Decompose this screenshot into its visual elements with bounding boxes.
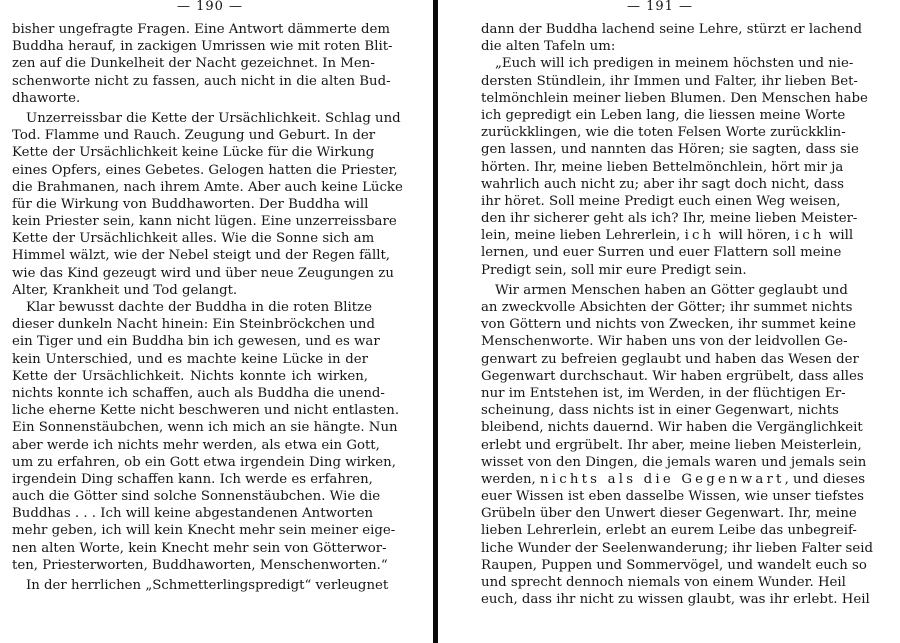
text-line: scheinung, dass nichts ist in einer Gege… <box>481 402 838 419</box>
text-line: an zweckvolle Absichten der Götter; ihr … <box>481 299 838 316</box>
text-line: aber werde ich nichts mehr werden, als e… <box>12 437 368 454</box>
text-line: zurückklingen, wie die toten Felsen Wort… <box>481 124 838 141</box>
text-line: für die Wirkung von Buddhaworten. Der Bu… <box>12 196 368 213</box>
text-line: werden, nichts als die Gegenwart, und di… <box>481 471 838 488</box>
emphasis-spaced: nichts als die Gegenwart <box>540 472 785 487</box>
text-line: euch, dass ihr nicht zu wissen glaubt, w… <box>481 591 838 608</box>
text-line: dieser dunkeln Nacht hinein: Ein Steinbr… <box>12 316 368 333</box>
gutter-binding-line <box>433 0 438 643</box>
text-line: Kette der Ursächlichkeit keine Lücke für… <box>12 144 368 161</box>
text-line: von Göttern und nichts von Zwecken, ihr … <box>481 316 838 333</box>
text-line: die Brahmanen, nach ihrem Amte. Aber auc… <box>12 179 368 196</box>
text-line: wie das Kind gezeugt wird und über neue … <box>12 265 368 282</box>
text-line: auch die Götter sind solche Sonnenstäubc… <box>12 488 368 505</box>
text-line: wisset von den Dingen, die jemals waren … <box>481 454 838 471</box>
text-fragment: will hören, <box>714 228 794 243</box>
text-line: Himmel wälzt, wie der Nebel steigt und d… <box>12 247 368 264</box>
text-line: kein Unterschied, und es machte keine Lü… <box>12 351 368 368</box>
text-line: ihr höret. Soll meine Predigt euch einen… <box>481 193 838 210</box>
page-text: bisher ungefragte Fragen. Eine Antwort d… <box>12 21 368 594</box>
text-line: Predigt sein, soll mir eure Predigt sein… <box>481 262 838 279</box>
text-line: Alter, Krankheit und Tod gelangt. <box>12 282 368 299</box>
text-line: dersten Stündlein, ihr Immen und Falter,… <box>481 73 838 90</box>
text-fragment: werden, <box>481 472 540 487</box>
text-line: lieben Lehrerlein, erlebt an eurem Leibe… <box>481 522 838 539</box>
text-line: erlebt und ergrübelt. Ihr aber, meine li… <box>481 437 838 454</box>
text-line: dhaworte. <box>12 90 368 107</box>
text-line: gen lassen, und nannten das Hören; sie s… <box>481 141 838 158</box>
text-fragment: , und dieses <box>785 472 865 487</box>
text-line: Buddhas . . . Ich will keine abgestanden… <box>12 505 368 522</box>
text-fragment: will <box>825 228 853 243</box>
text-line: In der herrlichen „Schmetterlingspredigt… <box>12 577 368 594</box>
text-line: Raupen, Puppen und Sommervögel, und wand… <box>481 557 838 574</box>
text-line: Gegenwart durchschaut. Wir haben ergrübe… <box>481 368 838 385</box>
text-line: schenworte nicht zu fassen, auch nicht i… <box>12 73 368 90</box>
text-line: Tod. Flamme und Rauch. Zeugung und Gebur… <box>12 127 368 144</box>
text-line: und sprecht dennoch niemals von einem Wu… <box>481 574 838 591</box>
text-line: liche Wunder der Seelenwanderung; ihr li… <box>481 540 838 557</box>
text-line: kein Priester sein, kann nicht lügen. Ei… <box>12 213 368 230</box>
text-line: Kette der Ursächlichkeit alles. Wie die … <box>12 230 368 247</box>
text-line: ten, Priesterworten, Buddhaworten, Mensc… <box>12 557 368 574</box>
text-line: lein, meine lieben Lehrerlein, ich will … <box>481 227 838 244</box>
left-page: — 190 — bisher ungefragte Fragen. Eine A… <box>0 0 432 643</box>
text-line: Menschenworte. Wir haben uns von der lei… <box>481 333 838 350</box>
text-line: den ihr sicherer geht als ich? Ihr, mein… <box>481 210 838 227</box>
book-spread: — 190 — bisher ungefragte Fragen. Eine A… <box>0 0 900 643</box>
text-line: bisher ungefragte Fragen. Eine Antwort d… <box>12 21 368 38</box>
text-line: lernen, und euer Surren und euer Flatter… <box>481 244 838 261</box>
text-line: um zu erfahren, ob ein Gott etwa irgende… <box>12 454 368 471</box>
text-line: telmönchlein meiner lieben Blumen. Den M… <box>481 90 838 107</box>
text-line: zen auf die Dunkelheit der Nacht gezeich… <box>12 55 368 72</box>
text-fragment: lein, meine lieben Lehrerlein, <box>481 228 685 243</box>
text-line: irgendein Ding schaffen kann. Ich werde … <box>12 471 368 488</box>
text-line: genwart zu befreien geglaubt und haben d… <box>481 351 838 368</box>
text-line: Wir armen Menschen haben an Götter gegla… <box>481 282 838 299</box>
text-line: bleibend, nichts dauernd. Wir haben die … <box>481 419 838 436</box>
text-line: Unzerreissbar die Kette der Ursächlichke… <box>12 110 368 127</box>
page-text: dann der Buddha lachend seine Lehre, stü… <box>481 21 838 608</box>
text-line: liche eherne Kette nicht beschweren und … <box>12 402 368 419</box>
text-line: hörten. Ihr, meine lieben Bettelmönchlei… <box>481 159 838 176</box>
text-line: Klar bewusst dachte der Buddha in die ro… <box>12 299 368 316</box>
emphasis-spaced: ich <box>795 228 825 243</box>
emphasis-spaced: ich <box>685 228 715 243</box>
text-line: Grübeln über den Unwert dieser Gegenwart… <box>481 505 838 522</box>
text-line: eines Opfers, eines Gebetes. Gelogen hat… <box>12 162 368 179</box>
text-line: ein Tiger und ein Buddha bin ich gewesen… <box>12 333 368 350</box>
text-line: dann der Buddha lachend seine Lehre, stü… <box>481 21 838 38</box>
text-line: „Euch will ich predigen in meinem höchst… <box>481 55 838 72</box>
text-line: nen alten Worte, kein Knecht mehr sein v… <box>12 540 368 557</box>
text-line: nichts konnte ich schaffen, auch als Bud… <box>12 385 368 402</box>
text-line: wahrlich auch nicht zu; aber ihr sagt do… <box>481 176 838 193</box>
page-number: — 191 — <box>560 0 760 16</box>
text-line: nur im Entstehen ist, im Werden, in der … <box>481 385 838 402</box>
text-line: euer Wissen ist eben dasselbe Wissen, wi… <box>481 488 838 505</box>
text-line: Buddha herauf, in zackigen Umrissen wie … <box>12 38 368 55</box>
text-line: die alten Tafeln um: <box>481 38 838 55</box>
right-page: — 191 — dann der Buddha lachend seine Le… <box>440 0 900 643</box>
text-line: mehr geben, ich will kein Knecht mehr se… <box>12 522 368 539</box>
page-number: — 190 — <box>110 0 310 16</box>
text-line: ich gepredigt ein Leben lang, die liesse… <box>481 107 838 124</box>
text-line: Ein Sonnenstäubchen, wenn ich mich an si… <box>12 419 368 436</box>
text-line: Kette der Ursächlichkeit. Nichts konnte … <box>12 368 368 385</box>
